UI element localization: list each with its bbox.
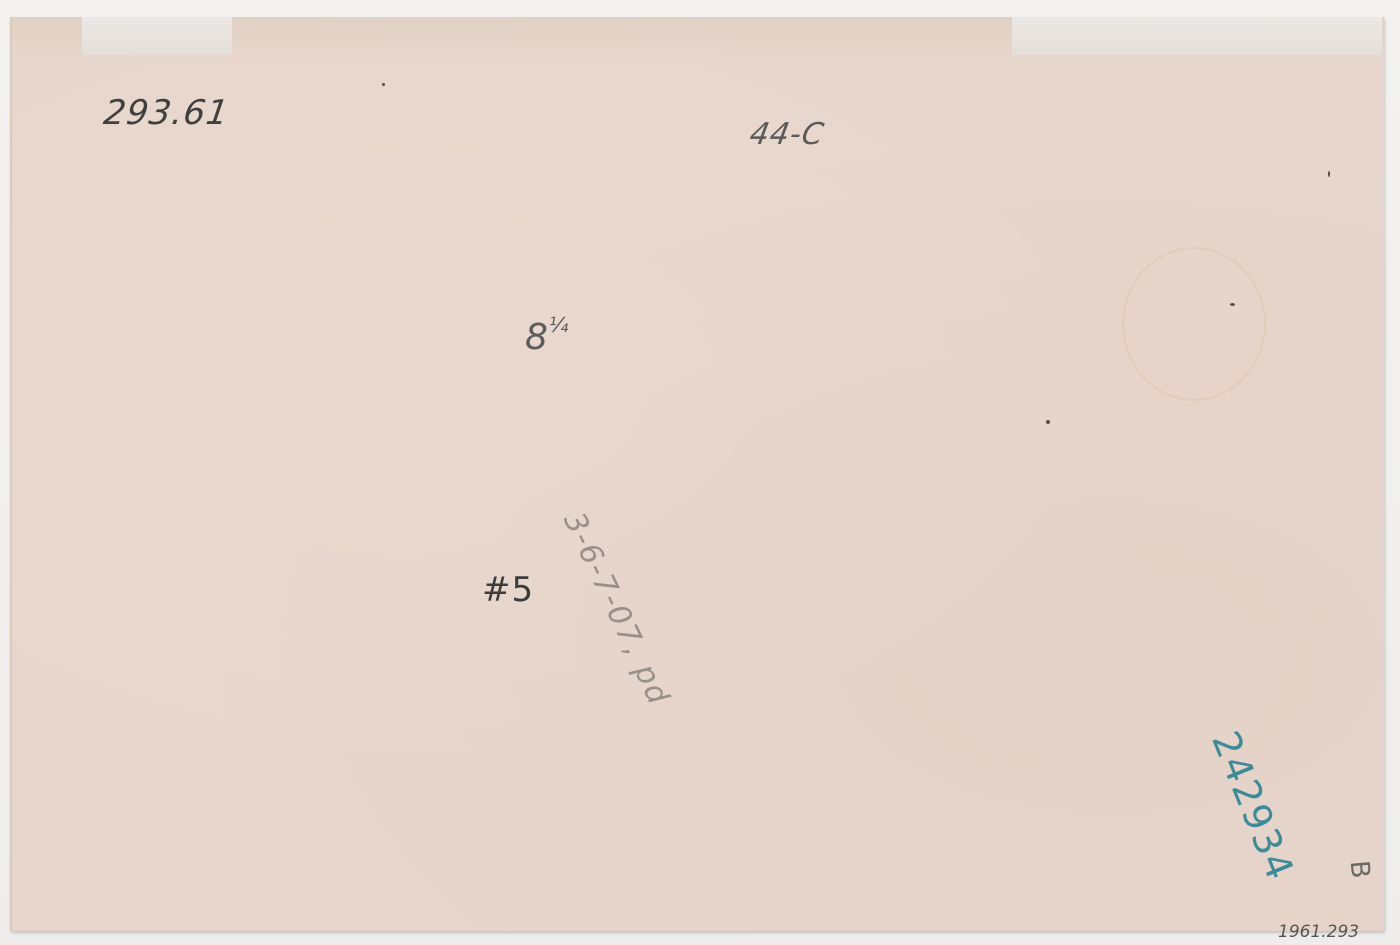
code-note: 44-C [747, 117, 827, 152]
size-value: 8 [525, 317, 549, 358]
hinge-tape-right [1012, 17, 1382, 55]
speck [1230, 303, 1235, 306]
speck [1328, 171, 1330, 177]
speck [1046, 420, 1050, 424]
hinge-tape-left [82, 17, 232, 55]
blue-crayon-number: 242934 [1203, 725, 1303, 887]
accession-number-note: 293.61 [101, 93, 232, 133]
speck [382, 83, 385, 86]
water-stain [1122, 247, 1266, 401]
size-fraction: ¼ [549, 313, 569, 337]
number-mark-note: #5 [482, 570, 534, 610]
paper-sheet: 293.61 44-C 8¼ #5 3-6-7-07, pd 242934 B … [10, 17, 1384, 931]
faint-diagonal-note: 3-6-7-07, pd [556, 507, 676, 711]
object-number-note: 1961.293 [1278, 922, 1359, 942]
letter-mark-note: B [1344, 859, 1376, 880]
size-note: 8¼ [525, 317, 569, 358]
